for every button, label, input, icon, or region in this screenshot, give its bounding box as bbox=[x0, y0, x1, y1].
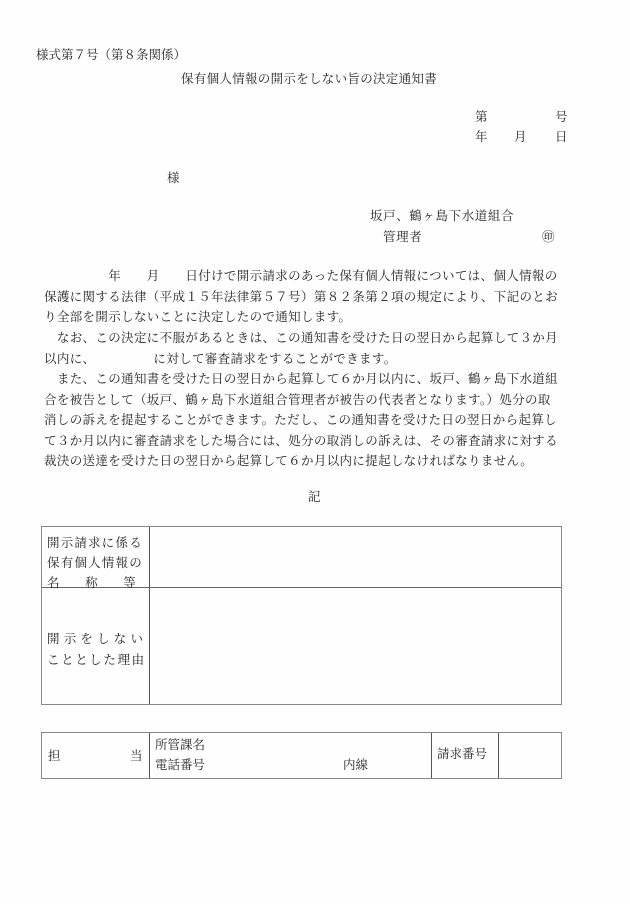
body-paragraph-3: また、この通知書を受けた日の翌日から起算して６か月以内に、坂戸、鶴ヶ島下水道組 … bbox=[44, 369, 584, 472]
date-year: 年 bbox=[475, 131, 488, 144]
document-title: 保有個人情報の開示をしない旨の決定通知書 bbox=[181, 73, 437, 86]
detail-table: 開示請求に係る 保有個人情報の 名 称 等 開示をしない こととした理由 bbox=[41, 526, 562, 705]
detail-label-name: 開示請求に係る 保有個人情報の 名 称 等 bbox=[47, 533, 143, 593]
column-divider bbox=[431, 733, 432, 778]
contact-label-right: 当 bbox=[130, 750, 143, 763]
body-line: 裁決の送達を受けた日の翌日から起算して６か月以内に提起しなければなりません。 bbox=[44, 451, 584, 472]
body-line: なお、この決定に不服があるときは、この通知書を受けた日の翌日から起算して３か月 bbox=[44, 328, 584, 349]
body-line: 消しの訴えを提起することができます。ただし、この通知書を受けた日の翌日から起算し bbox=[44, 410, 584, 431]
detail-label-reason: 開示をしない こととした理由 bbox=[47, 628, 147, 670]
addressee-suffix: 様 bbox=[167, 172, 180, 185]
body-line: り全部を開示しないことに決定したので通知します。 bbox=[44, 307, 584, 328]
ki-heading: 記 bbox=[308, 491, 321, 504]
number-suffix: 号 bbox=[555, 111, 568, 124]
phone-label: 電話番号 bbox=[155, 759, 205, 772]
body-line: また、この通知書を受けた日の翌日から起算して６か月以内に、坂戸、鶴ヶ島下水道組 bbox=[44, 369, 584, 390]
body-line: て３か月以内に審査請求をした場合には、処分の取消しの訴えは、その審査請求に対する bbox=[44, 431, 584, 452]
request-number-label: 請求番号 bbox=[437, 748, 487, 761]
column-divider bbox=[149, 733, 150, 778]
body-paragraph-1: 年 月 日付けで開示請求のあった保有個人情報については、個人情報の 保護に関する… bbox=[44, 266, 584, 328]
body-line: 年 月 日付けで開示請求のあった保有個人情報については、個人情報の bbox=[44, 266, 584, 287]
form-label: 様式第７号（第８条関係） bbox=[36, 49, 186, 62]
contact-label-left: 担 bbox=[48, 750, 61, 763]
body-line: 保護に関する法律（平成１５年法律第５７号）第８２条第２項の規定により、下記のとお bbox=[44, 287, 584, 308]
sender-title: 管理者 bbox=[383, 231, 422, 244]
request-number-value[interactable] bbox=[499, 733, 561, 778]
seal-icon: ㊞ bbox=[542, 231, 555, 244]
contact-table: 担 当 所管課名 電話番号 内線 請求番号 bbox=[41, 732, 562, 779]
body-line: 合を被告として（坂戸、鶴ヶ島下水道組合管理者が被告の代表者となります。）処分の取 bbox=[44, 390, 584, 411]
number-prefix: 第 bbox=[475, 111, 488, 124]
body-line: 以内に、 に対して審査請求をすることができます。 bbox=[44, 349, 584, 370]
sender-organization: 坂戸、鶴ヶ島下水道組合 bbox=[370, 210, 514, 223]
date-month: 月 bbox=[514, 131, 527, 144]
detail-value-name[interactable] bbox=[150, 527, 561, 587]
extension-label: 内線 bbox=[343, 759, 368, 772]
department-label: 所管課名 bbox=[155, 739, 205, 752]
detail-value-reason[interactable] bbox=[150, 588, 561, 704]
date-day: 日 bbox=[555, 131, 568, 144]
body-paragraph-2: なお、この決定に不服があるときは、この通知書を受けた日の翌日から起算して３か月 … bbox=[44, 328, 584, 369]
